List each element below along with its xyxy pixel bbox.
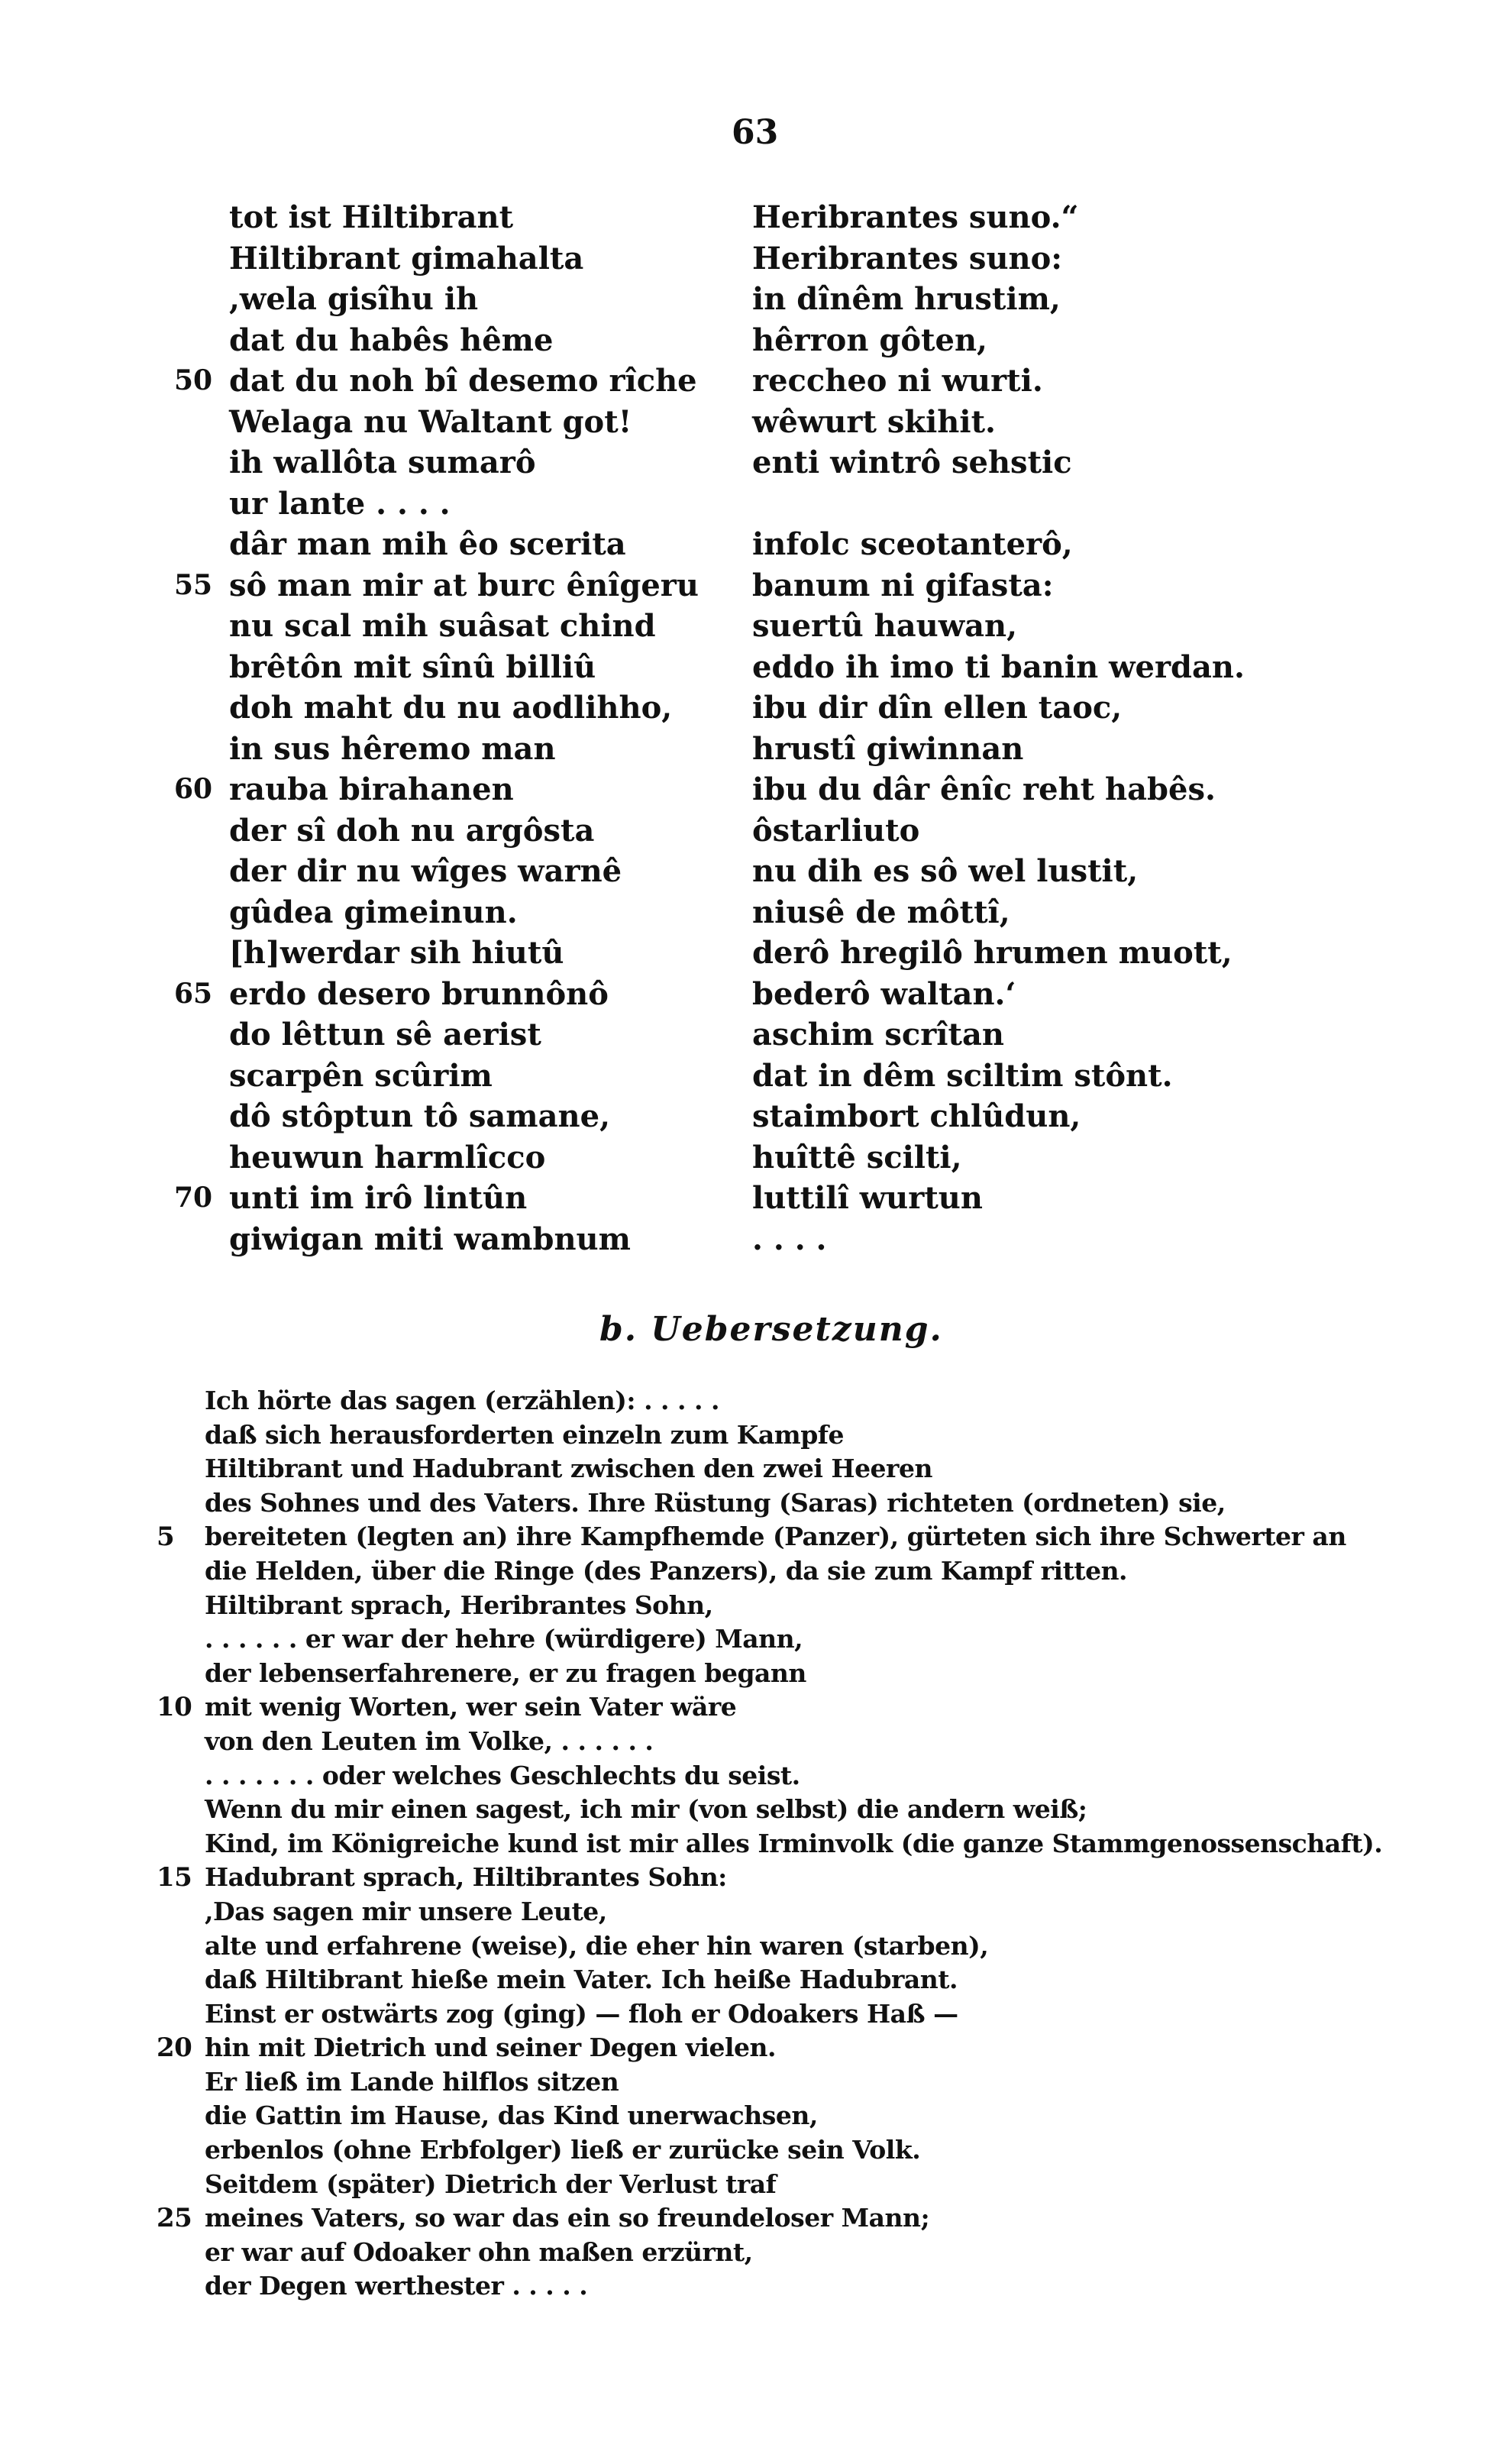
translation-line: Hiltibrant und Hadubrant zwischen den zw… [0,1452,1512,1486]
translation-text: Wenn du mir einen sagest, ich mir (von s… [205,1793,1087,1827]
translation-line: von den Leuten im Volke, . . . . . . [0,1725,1512,1759]
verse-line: der sî doh nu argôstaôstarliuto [0,810,1512,852]
verse-second-half: hrustî giwinnan [752,729,1023,770]
verse-line: dâr man mih êo sceritainfolc sceotanterô… [0,524,1512,565]
translation-line: erbenlos (ohne Erbfolger) ließ er zurück… [0,2133,1512,2168]
translation-line: 15Hadubrant sprach, Hiltibrantes Sohn: [0,1861,1512,1895]
verse-second-half: infolc sceotanterô, [752,524,1073,565]
translation-text: . . . . . . er war der hehre (würdigere)… [205,1622,803,1657]
translation-text: er war auf Odoaker ohn maßen erzürnt, [205,2236,753,2270]
translation-text: ,Das sagen mir unsere Leute, [205,1895,607,1929]
translation-line: 5bereiteten (legten an) ihre Kampfhemde … [0,1520,1512,1554]
verse-second-half: hêrron gôten, [752,320,987,361]
verse-first-half: [h]werdar sih hiutû [229,933,564,974]
verse-second-half: ibu du dâr ênîc reht habês. [752,769,1216,810]
old-high-german-verse: tot ist HiltibrantHeribrantes suno.“ Hil… [0,197,1512,1260]
verse-line: doh maht du nu aodlihho,ibu dir dîn elle… [0,687,1512,729]
verse-line: in sus hêremo manhrustî giwinnan [0,729,1512,770]
verse-first-half: unti im irô lintûn [229,1178,527,1219]
verse-first-half: rauba birahanen [229,769,514,810]
verse-second-half: ôstarliuto [752,810,919,852]
translation-line: Einst er ostwärts zog (ging) — floh er O… [0,1997,1512,2032]
translation-line: 25meines Vaters, so war das ein so freun… [0,2201,1512,2236]
translation-text: von den Leuten im Volke, . . . . . . [205,1725,653,1759]
translation-text: Kind, im Königreiche kund ist mir alles … [205,1827,1382,1861]
translation-line: der lebenserfahrenere, er zu fragen bega… [0,1657,1512,1691]
verse-first-half: brêtôn mit sînû billiû [229,647,596,688]
translation-text: die Gattin im Hause, das Kind unerwachse… [205,2099,818,2133]
translation-text: Hiltibrant und Hadubrant zwischen den zw… [205,1452,932,1486]
verse-second-half: banum ni gifasta: [752,565,1053,606]
translation-text: Hiltibrant sprach, Heribrantes Sohn, [205,1589,713,1623]
verse-second-half: huîttê scilti, [752,1137,962,1179]
verse-second-half: nu dih es sô wel lustit, [752,851,1138,892]
line-number: 70 [174,1178,220,1219]
verse-first-half: der dir nu wîges warnê [229,851,622,892]
translation-text: des Sohnes und des Vaters. Ihre Rüstung … [205,1486,1226,1521]
translation-line: daß sich herausforderten einzeln zum Kam… [0,1418,1512,1453]
verse-first-half: in sus hêremo man [229,729,556,770]
translation-line: Kind, im Königreiche kund ist mir alles … [0,1827,1512,1861]
verse-line: [h]werdar sih hiutûderô hregilô hrumen m… [0,933,1512,974]
line-number: 5 [157,1520,202,1554]
translation-text: der lebenserfahrenere, er zu fragen bega… [205,1657,806,1691]
verse-first-half: giwigan miti wambnum [229,1219,631,1260]
translation-text: meines Vaters, so war das ein so freunde… [205,2201,929,2236]
book-page: 63 tot ist HiltibrantHeribrantes suno.“ … [0,0,1512,2448]
verse-second-half: eddo ih imo ti banin werdan. [752,647,1245,688]
translation-text: mit wenig Worten, wer sein Vater wäre [205,1690,736,1725]
verse-second-half: staimbort chlûdun, [752,1096,1081,1137]
german-translation: Ich hörte das sagen (erzählen): . . . . … [0,1384,1512,2304]
translation-line: alte und erfahrene (weise), die eher hin… [0,1929,1512,1964]
translation-line: ,Das sagen mir unsere Leute, [0,1895,1512,1929]
verse-line: dat du habês hêmehêrron gôten, [0,320,1512,361]
verse-second-half: aschim scrîtan [752,1014,1004,1056]
translation-text: Hadubrant sprach, Hiltibrantes Sohn: [205,1861,727,1895]
verse-line: scarpên scûrimdat in dêm sciltim stônt. [0,1056,1512,1097]
verse-line: dô stôptun tô samane,staimbort chlûdun, [0,1096,1512,1137]
line-number: 10 [157,1690,202,1725]
translation-line: die Gattin im Hause, das Kind unerwachse… [0,2099,1512,2133]
translation-line: . . . . . . er war der hehre (würdigere)… [0,1622,1512,1657]
verse-first-half: dat du noh bî desemo rîche [229,361,697,402]
translation-text: hin mit Dietrich und seiner Degen vielen… [205,2031,776,2065]
translation-text: Er ließ im Lande hilflos sitzen [205,2065,619,2100]
verse-line: nu scal mih suâsat chindsuertû hauwan, [0,606,1512,647]
verse-first-half: heuwun harmlîcco [229,1137,545,1179]
verse-second-half: bederô waltan.‘ [752,974,1016,1015]
line-number: 65 [174,974,220,1015]
section-heading: b. Uebersetzung. [599,1310,943,1349]
verse-line: 60rauba birahanenibu du dâr ênîc reht ha… [0,769,1512,810]
line-number: 55 [174,565,220,606]
verse-second-half: Heribrantes suno: [752,238,1062,280]
verse-second-half: in dînêm hrustim, [752,279,1061,320]
line-number: 20 [157,2031,202,2065]
line-number: 15 [157,1861,202,1895]
translation-line: Hiltibrant sprach, Heribrantes Sohn, [0,1589,1512,1623]
translation-line: des Sohnes und des Vaters. Ihre Rüstung … [0,1486,1512,1521]
verse-first-half: gûdea gimeinun. [229,892,518,933]
translation-line: 10mit wenig Worten, wer sein Vater wäre [0,1690,1512,1725]
verse-first-half: tot ist Hiltibrant [229,197,513,238]
verse-second-half: reccheo ni wurti. [752,361,1043,402]
verse-first-half: erdo desero brunnônô [229,974,609,1015]
verse-line: giwigan miti wambnum. . . . [0,1219,1512,1260]
translation-line: Seitdem (später) Dietrich der Verlust tr… [0,2168,1512,2202]
verse-line: ih wallôta sumarôenti wintrô sehstic [0,442,1512,483]
translation-line: Ich hörte das sagen (erzählen): . . . . … [0,1384,1512,1418]
verse-first-half: ur lante . . . . [229,483,451,525]
translation-line: er war auf Odoaker ohn maßen erzürnt, [0,2236,1512,2270]
verse-first-half: sô man mir at burc ênîgeru [229,565,699,606]
verse-first-half: dâr man mih êo scerita [229,524,626,565]
verse-second-half: suertû hauwan, [752,606,1017,647]
verse-line: do lêttun sê aeristaschim scrîtan [0,1014,1512,1056]
verse-second-half: ibu dir dîn ellen taoc, [752,687,1122,729]
verse-second-half: . . . . [752,1219,826,1260]
verse-line: 70unti im irô lintûnluttilî wurtun [0,1178,1512,1219]
translation-line: Wenn du mir einen sagest, ich mir (von s… [0,1793,1512,1827]
translation-text: die Helden, über die Ringe (des Panzers)… [205,1554,1127,1589]
line-number: 60 [174,769,220,810]
verse-first-half: nu scal mih suâsat chind [229,606,656,647]
verse-first-half: Hiltibrant gimahalta [229,238,583,280]
verse-first-half: ih wallôta sumarô [229,442,536,483]
line-number: 50 [174,361,220,402]
translation-text: erbenlos (ohne Erbfolger) ließ er zurück… [205,2133,920,2168]
verse-first-half: scarpên scûrim [229,1056,493,1097]
translation-text: alte und erfahrene (weise), die eher hin… [205,1929,988,1964]
verse-line: 55sô man mir at burc ênîgerubanum ni gif… [0,565,1512,606]
translation-text: . . . . . . . oder welches Geschlechts d… [205,1759,800,1793]
translation-line: Er ließ im Lande hilflos sitzen [0,2065,1512,2100]
translation-line: . . . . . . . oder welches Geschlechts d… [0,1759,1512,1793]
translation-text: Ich hörte das sagen (erzählen): . . . . … [205,1384,719,1418]
verse-second-half: niusê de môttî, [752,892,1010,933]
translation-line: die Helden, über die Ringe (des Panzers)… [0,1554,1512,1589]
verse-second-half: wêwurt skihit. [752,402,996,443]
verse-first-half: doh maht du nu aodlihho, [229,687,672,729]
verse-second-half: Heribrantes suno.“ [752,197,1079,238]
verse-first-half: der sî doh nu argôsta [229,810,594,852]
translation-text: bereiteten (legten an) ihre Kampfhemde (… [205,1520,1346,1554]
verse-second-half: derô hregilô hrumen muott, [752,933,1233,974]
translation-text: Seitdem (später) Dietrich der Verlust tr… [205,2168,776,2202]
verse-second-half: enti wintrô sehstic [752,442,1072,483]
verse-first-half: do lêttun sê aerist [229,1014,541,1056]
translation-line: der Degen werthester . . . . . [0,2269,1512,2304]
verse-first-half: dô stôptun tô samane, [229,1096,610,1137]
verse-first-half: dat du habês hême [229,320,553,361]
verse-line: tot ist HiltibrantHeribrantes suno.“ [0,197,1512,238]
verse-line: 65erdo desero brunnônôbederô waltan.‘ [0,974,1512,1015]
translation-line: 20hin mit Dietrich und seiner Degen viel… [0,2031,1512,2065]
translation-text: Einst er ostwärts zog (ging) — floh er O… [205,1997,958,2032]
verse-first-half: Welaga nu Waltant got! [229,402,632,443]
verse-line: ,wela gisîhu ihin dînêm hrustim, [0,279,1512,320]
verse-line: 50dat du noh bî desemo rîchereccheo ni w… [0,361,1512,402]
verse-line: Hiltibrant gimahaltaHeribrantes suno: [0,238,1512,280]
verse-line: gûdea gimeinun.niusê de môttî, [0,892,1512,933]
verse-line: Welaga nu Waltant got!wêwurt skihit. [0,402,1512,443]
verse-line: ur lante . . . . [0,483,1512,525]
translation-line: daß Hiltibrant hieße mein Vater. Ich hei… [0,1963,1512,1997]
translation-text: daß Hiltibrant hieße mein Vater. Ich hei… [205,1963,958,1997]
verse-line: der dir nu wîges warnênu dih es sô wel l… [0,851,1512,892]
verse-line: heuwun harmlîccohuîttê scilti, [0,1137,1512,1179]
verse-second-half: dat in dêm sciltim stônt. [752,1056,1173,1097]
verse-line: brêtôn mit sînû billiûeddo ih imo ti ban… [0,647,1512,688]
verse-first-half: ,wela gisîhu ih [229,279,478,320]
page-number: 63 [732,113,778,152]
verse-second-half: luttilî wurtun [752,1178,983,1219]
line-number: 25 [157,2201,202,2236]
translation-text: der Degen werthester . . . . . [205,2269,587,2304]
translation-text: daß sich herausforderten einzeln zum Kam… [205,1418,844,1453]
